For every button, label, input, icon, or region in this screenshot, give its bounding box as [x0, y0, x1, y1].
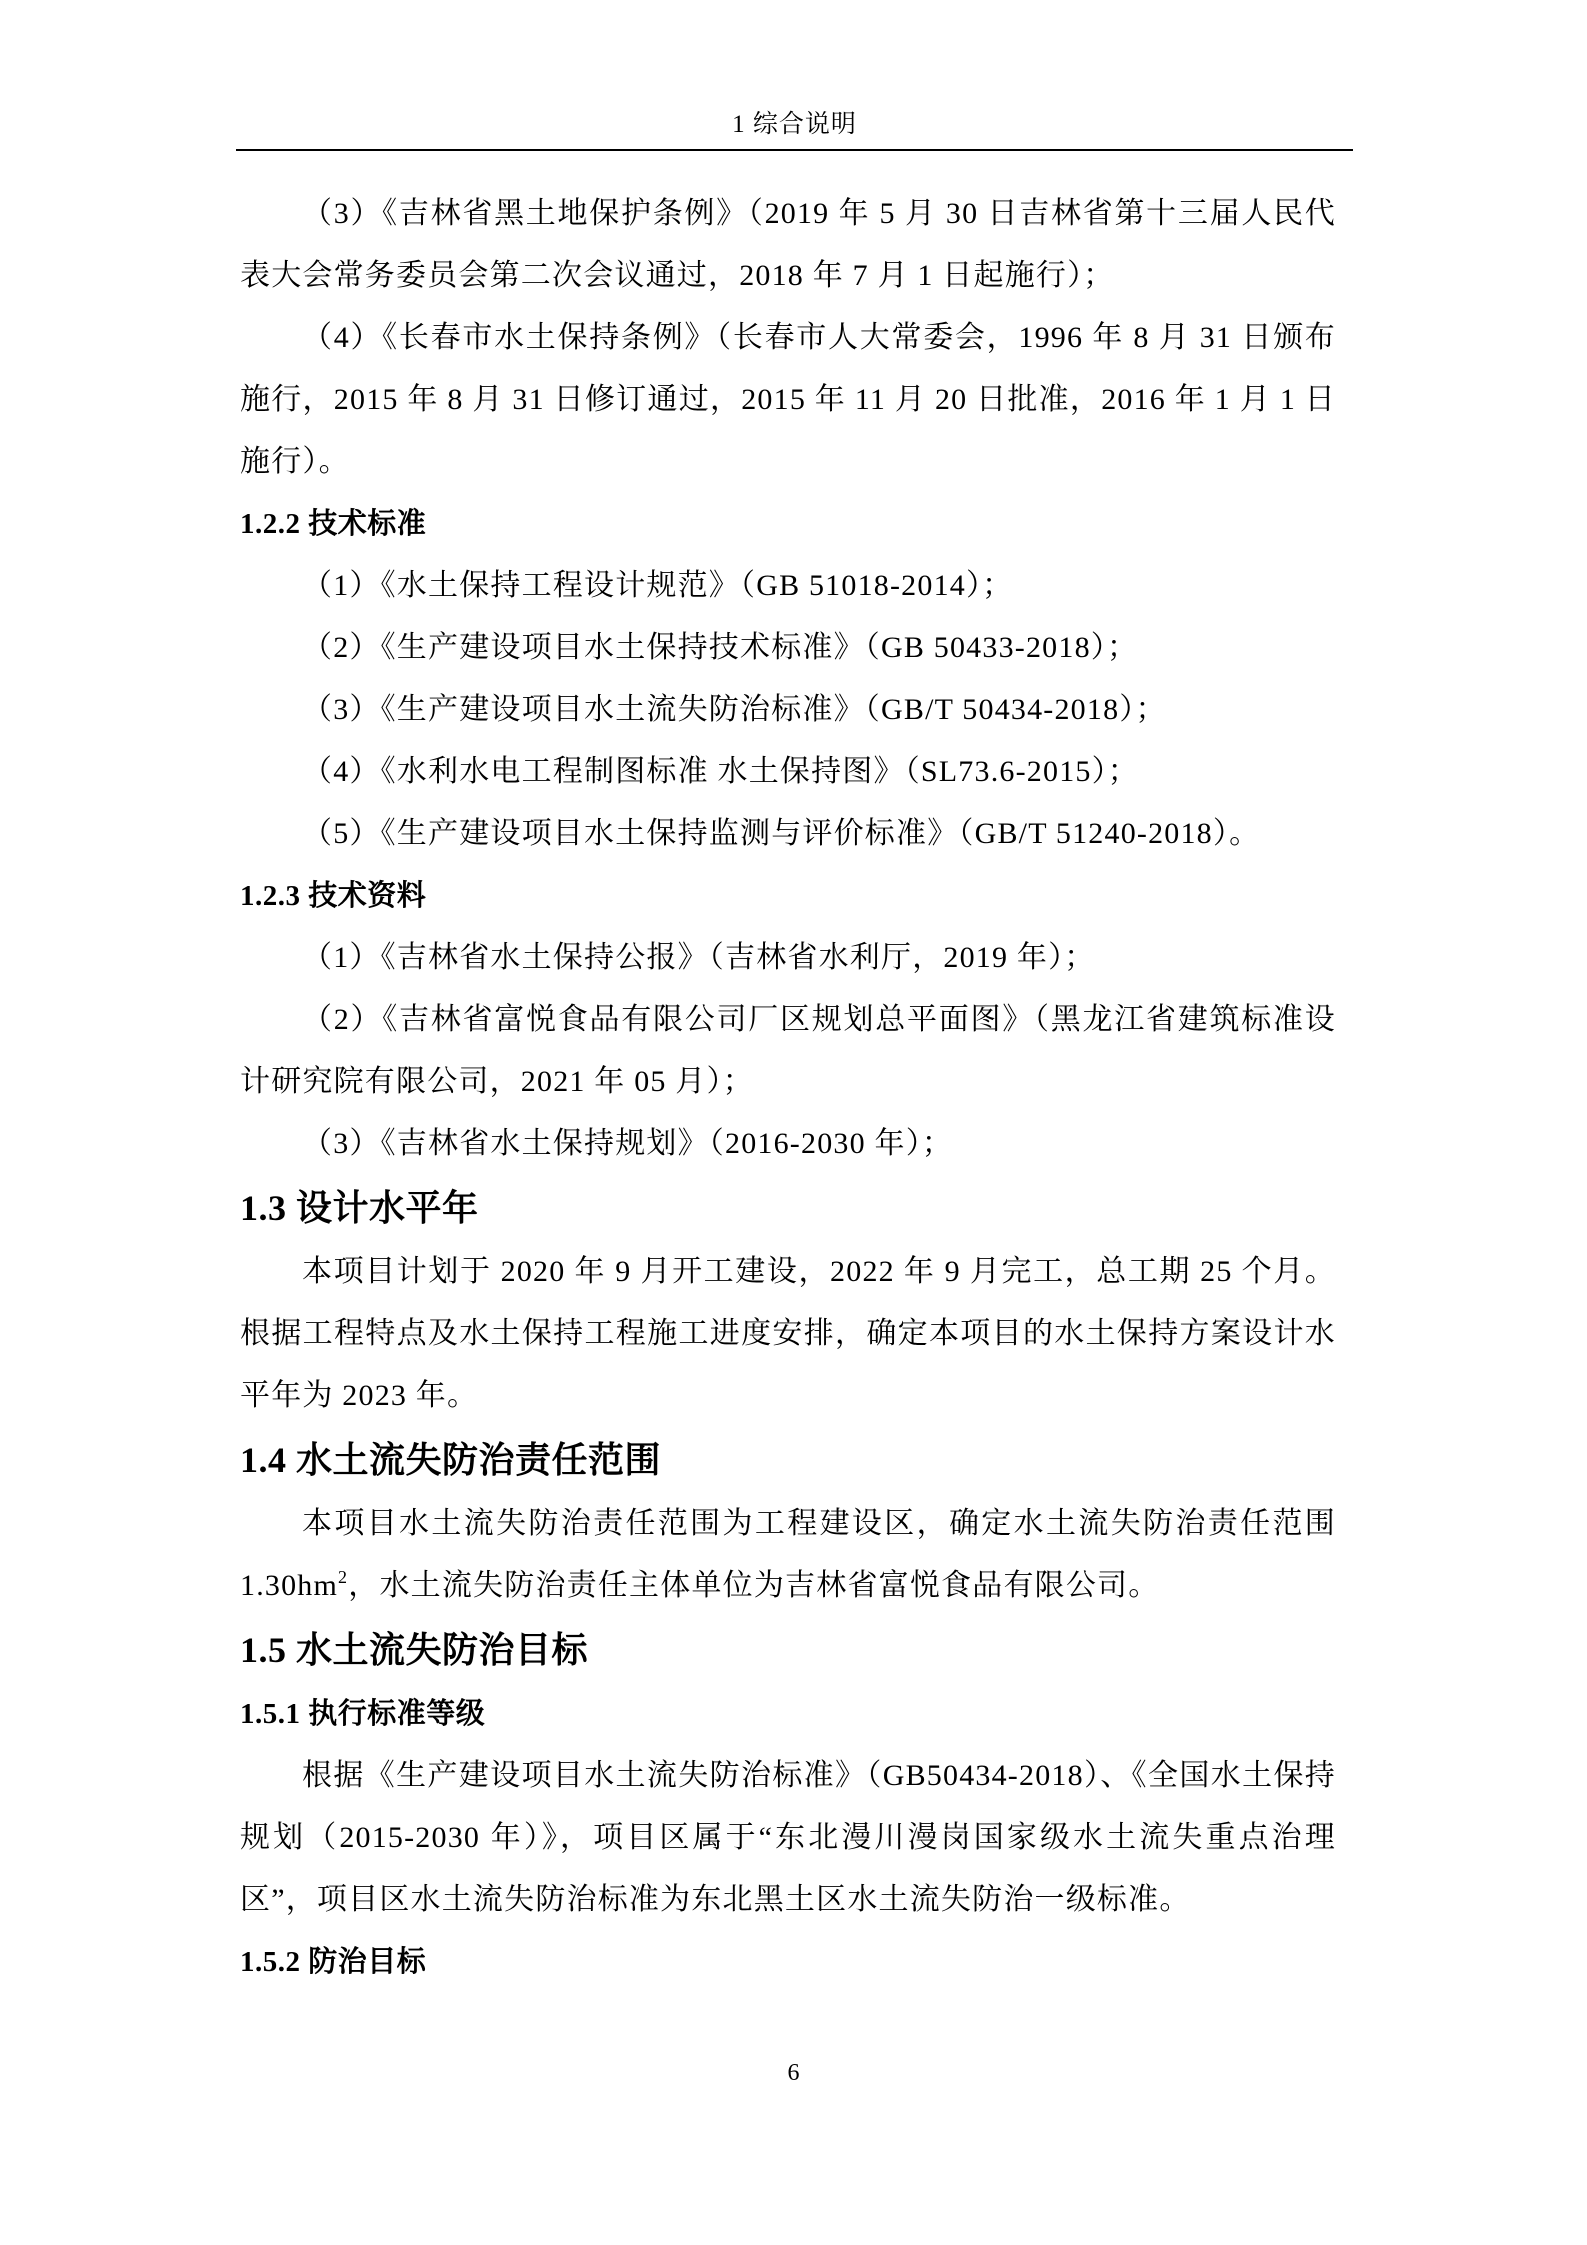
standard-item-5: （5）《生产建设项目水土保持监测与评价标准》（GB/T 51240-2018）。 — [240, 803, 1336, 865]
reference-item-1: （1）《吉林省水土保持公报》（吉林省水利厅，2019 年）； — [240, 927, 1336, 989]
page-number: 6 — [0, 2058, 1587, 2088]
law-item-3: （3）《吉林省黑土地保护条例》（2019 年 5 月 30 日吉林省第十三届人民… — [240, 183, 1336, 307]
scope-text-post: ，水土流失防治责任主体单位为吉林省富悦食品有限公司。 — [348, 1569, 1159, 1602]
header-rule — [236, 149, 1353, 151]
law-item-4: （4）《长春市水土保持条例》（长春市人大常委会，1996 年 8 月 31 日颁… — [240, 307, 1336, 493]
standard-item-2: （2）《生产建设项目水土保持技术标准》（GB 50433-2018）； — [240, 617, 1336, 679]
page-content: （3）《吉林省黑土地保护条例》（2019 年 5 月 30 日吉林省第十三届人民… — [240, 183, 1336, 1993]
heading-1-2-3: 1.2.3 技术资料 — [240, 865, 1336, 927]
responsibility-scope-paragraph: 本项目水土流失防治责任范围为工程建设区，确定水土流失防治责任范围 1.30hm2… — [240, 1493, 1336, 1617]
document-page: 1 综合说明 （3）《吉林省黑土地保护条例》（2019 年 5 月 30 日吉林… — [0, 0, 1587, 2245]
reference-item-3: （3）《吉林省水土保持规划》（2016-2030 年）； — [240, 1113, 1336, 1175]
design-year-paragraph: 本项目计划于 2020 年 9 月开工建设，2022 年 9 月完工，总工期 2… — [240, 1241, 1336, 1427]
standard-item-4: （4）《水利水电工程制图标准 水土保持图》（SL73.6-2015）； — [240, 741, 1336, 803]
standard-item-1: （1）《水土保持工程设计规范》（GB 51018-2014）； — [240, 555, 1336, 617]
heading-1-2-2: 1.2.2 技术标准 — [240, 493, 1336, 555]
heading-1-5-2: 1.5.2 防治目标 — [240, 1931, 1336, 1993]
standard-item-3: （3）《生产建设项目水土流失防治标准》（GB/T 50434-2018）； — [240, 679, 1336, 741]
heading-1-5: 1.5 水土流失防治目标 — [240, 1617, 1336, 1683]
standard-level-paragraph: 根据《生产建设项目水土流失防治标准》（GB50434-2018）、《全国水土保持… — [240, 1745, 1336, 1931]
heading-1-4: 1.4 水土流失防治责任范围 — [240, 1427, 1336, 1493]
area-unit-superscript: 2 — [338, 1567, 348, 1587]
reference-item-2: （2）《吉林省富悦食品有限公司厂区规划总平面图》（黑龙江省建筑标准设计研究院有限… — [240, 989, 1336, 1113]
heading-1-5-1: 1.5.1 执行标准等级 — [240, 1683, 1336, 1745]
heading-1-3: 1.3 设计水平年 — [240, 1175, 1336, 1241]
running-header: 1 综合说明 — [236, 110, 1353, 140]
